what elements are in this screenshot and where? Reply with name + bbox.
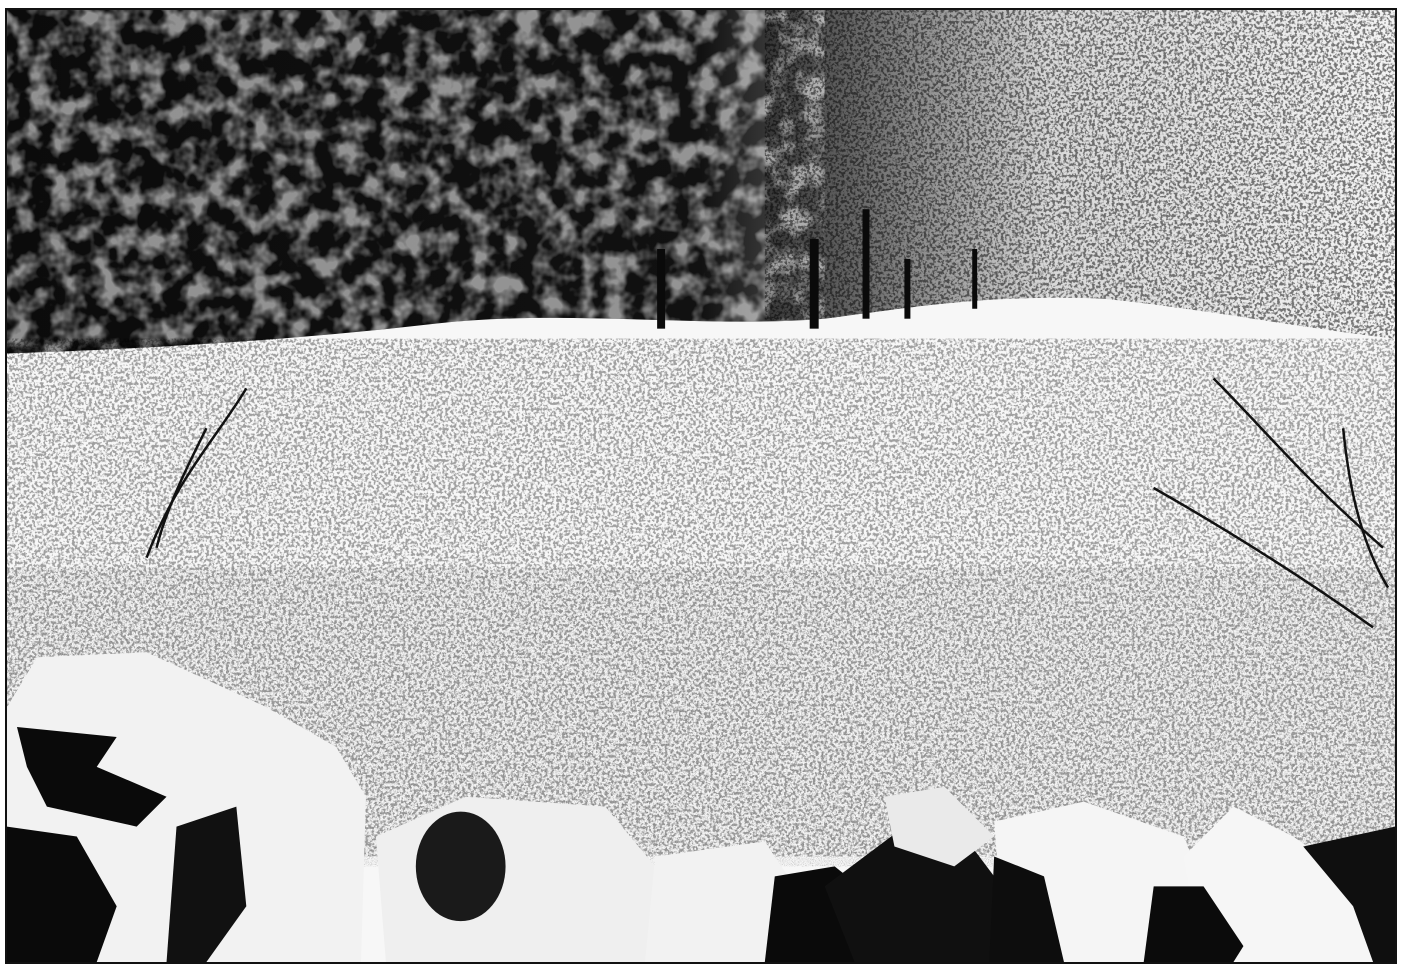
meadow-scene <box>7 10 1395 962</box>
photograph: High-contrast black-and-white photograph… <box>5 8 1397 964</box>
